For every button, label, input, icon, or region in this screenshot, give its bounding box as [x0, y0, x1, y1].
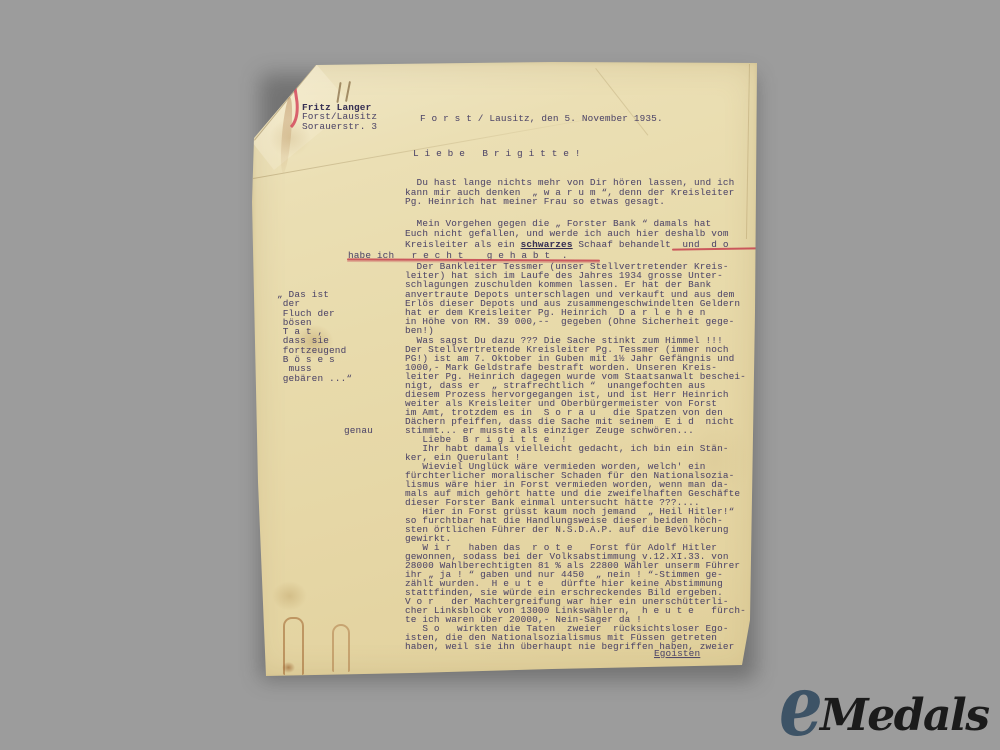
- emedals-logo-e: e: [779, 664, 823, 748]
- letter-document: Fritz LangerForst/LausitzSorauerstr. 3 F…: [252, 62, 758, 678]
- sender-block: Fritz LangerForst/LausitzSorauerstr. 3: [302, 103, 377, 132]
- stain: [272, 581, 307, 611]
- photo-background: Fritz LangerForst/LausitzSorauerstr. 3 F…: [0, 0, 1000, 750]
- paragraph-3: Der Bankleiter Tessmer (unser Stellvertr…: [405, 262, 740, 336]
- emedals-logo-text: Medals: [820, 694, 988, 738]
- pencil-mark: [345, 81, 351, 102]
- paperclip-rust-mark: [332, 624, 350, 672]
- margin-note-quote: „ Das ist der Fluch der bösen T a t , da…: [277, 290, 352, 383]
- paragraph-2: Mein Vorgehen gegen die „ Forster Bank “…: [405, 219, 729, 250]
- salutation: L i e b e B r i g i t t e !: [413, 149, 581, 158]
- sender-address-line2: Sorauerstr. 3: [302, 122, 377, 132]
- rust-spot: [282, 662, 295, 673]
- emphasized-word: schwarzes: [521, 239, 573, 250]
- closing-word: Egoisten: [654, 649, 700, 658]
- crease-line: [746, 64, 750, 239]
- paragraph-1: Du hast lange nichts mehr von Dir hören …: [405, 178, 734, 207]
- paragraph-4: Was sagst Du dazu ??? Die Sache stinkt z…: [405, 336, 746, 651]
- dateline: F o r s t / Lausitz, den 5. November 193…: [420, 114, 663, 123]
- crease-line: [595, 68, 648, 136]
- margin-note-genau: genau: [344, 426, 373, 435]
